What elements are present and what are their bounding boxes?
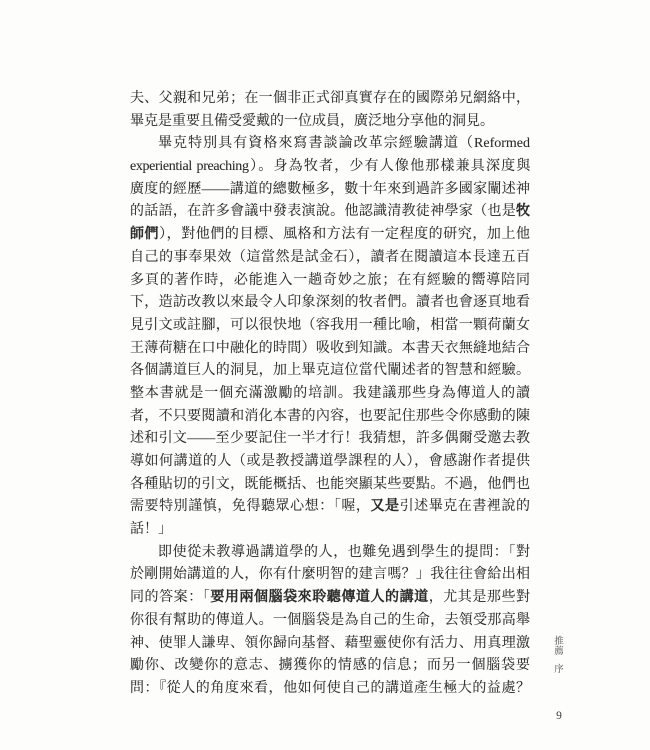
text-line: 見引文或註腳，可以很快地（容我用一種比喻，相當一顆荷蘭女	[130, 315, 530, 338]
text-line: 廣度的經歷——講道的總數極多，數十年來到過許多國家闡述神	[130, 179, 530, 202]
text-line: 於剛開始講道的人，你有什麼明智的建言嗎？」我往往會給出相	[130, 564, 530, 587]
text-line: 師們），對他們的目標、風格和方法有一定程度的研究，加上他	[130, 224, 530, 247]
text-segment: 廣度的經歷——講道的總數極多，數十年來到過許多國家闡述神	[130, 182, 530, 197]
page-number: 9	[552, 710, 566, 722]
margin-label-char: 薦	[554, 647, 564, 657]
text-segment: 導如何講道的人（或是教授講道學課程的人），會感謝作者提供	[130, 454, 530, 469]
text-line: 自己的事奉果效（這當然是試金石），讀者在閱讀這本長達五百	[130, 247, 530, 270]
text-line: 整本書就是一個充滿激勵的培訓。我建議那些身為傳道人的讀	[130, 383, 530, 406]
text-line: 導如何講道的人（或是教授講道學課程的人），會感謝作者提供	[130, 451, 530, 474]
text-segment: 各個講道巨人的洞見，加上畢克這位當代闡述者的智慧和經驗。	[130, 363, 530, 378]
bold-text-segment: 要用兩個腦袋來聆聽傳道人的講道	[210, 590, 428, 605]
text-line: 各種貼切的引文，既能概括、也能突顯某些要點。不過，他們也	[130, 474, 530, 497]
text-block: 夫、父親和兄弟；在一個非正式卻真實存在的國際弟兄網絡中，畢克是重要且備受愛戴的一…	[130, 88, 530, 701]
text-line: 的話語，在許多會議中發表演說。他認識清教徒神學家（也是牧	[130, 201, 530, 224]
text-segment: 即使從未教導過講道學的人，也難免遇到學生的提問：「對	[158, 545, 530, 560]
text-segment: 者，不只要閱讀和消化本書的內容，也要記住那些令你感動的陳	[130, 409, 530, 424]
text-segment: 見引文或註腳，可以很快地（容我用一種比喻，相當一顆荷蘭女	[130, 318, 530, 333]
text-segment: 於剛開始講道的人，你有什麼明智的建言嗎？」我往往會給出相	[130, 567, 530, 582]
text-segment: 整本書就是一個充滿激勵的培訓。我建議那些身為傳道人的讀	[130, 386, 530, 401]
bold-text-segment: 又是	[370, 499, 399, 514]
text-segment: 需要特別謹慎，免得聽眾心想：「喔，	[130, 499, 370, 514]
text-segment: 神、使罪人謙卑、領你歸向基督、藉聖靈使你有活力、用真理激	[130, 636, 530, 651]
text-line: experiential preaching）。身為牧者，少有人像他那樣兼具深度…	[130, 156, 530, 179]
text-line: 畢克特別具有資格來寫書談論改革宗經驗講道（Reformed	[130, 133, 530, 156]
bold-text-segment: 牧	[516, 204, 530, 219]
text-line: 你很有幫助的傳道人。一個腦袋是為自己的生命，去領受那高舉	[130, 610, 530, 633]
text-line: 夫、父親和兄弟；在一個非正式卻真實存在的國際弟兄網絡中，	[130, 88, 530, 111]
text-segment: 引述畢克在書裡說的	[400, 499, 530, 514]
bold-text-segment: 師們	[130, 227, 159, 242]
text-segment: 話！」	[130, 522, 172, 537]
text-segment: 畢克是重要且備受愛戴的一位成員，廣泛地分享他的洞見。	[130, 114, 494, 129]
text-segment: 的話語，在許多會議中發表演說。他認識清教徒神學家（也是	[130, 204, 516, 219]
text-segment: 下，造訪改教以來最令人印象深刻的牧者們。讀者也會逐頁地看	[130, 295, 530, 310]
text-line: 畢克是重要且備受愛戴的一位成員，廣泛地分享他的洞見。	[130, 111, 530, 134]
text-segment: 你很有幫助的傳道人。一個腦袋是為自己的生命，去領受那高舉	[130, 613, 530, 628]
margin-label-char: 序	[554, 665, 564, 675]
text-line: 下，造訪改教以來最令人印象深刻的牧者們。讀者也會逐頁地看	[130, 292, 530, 315]
text-segment: 自己的事奉果效（這當然是試金石），讀者在閱讀這本長達五百	[130, 250, 530, 265]
text-line: 勵你、改變你的意志、擄獲你的情感的信息；而另一個腦袋要	[130, 655, 530, 678]
text-segment: 問：『從人的角度來看，他如何使自己的講道產生極大的益處？	[130, 681, 530, 696]
text-line: 者，不只要閱讀和消化本書的內容，也要記住那些令你感動的陳	[130, 406, 530, 429]
text-segment: ），對他們的目標、風格和方法有一定程度的研究，加上他	[159, 227, 530, 242]
text-segment: 勵你、改變你的意志、擄獲你的情感的信息；而另一個腦袋要	[130, 658, 530, 673]
text-segment: 夫、父親和兄弟；在一個非正式卻真實存在的國際弟兄網絡中，	[130, 91, 530, 106]
text-line: 神、使罪人謙卑、領你歸向基督、藉聖靈使你有活力、用真理激	[130, 633, 530, 656]
text-line: 述和引文——至少要記住一半才行！我猜想，許多偶爾受邀去教	[130, 428, 530, 451]
text-line: 即使從未教導過講道學的人，也難免遇到學生的提問：「對	[130, 542, 530, 565]
text-segment: 同的答案：「	[130, 590, 210, 605]
book-page: 夫、父親和兄弟；在一個非正式卻真實存在的國際弟兄網絡中，畢克是重要且備受愛戴的一…	[0, 0, 650, 750]
text-line: 話！」	[130, 519, 530, 542]
text-segment: 述和引文——至少要記住一半才行！我猜想，許多偶爾受邀去教	[130, 431, 530, 446]
text-line: 多頁的著作時，必能進入一趟奇妙之旅；在有經驗的嚮導陪同	[130, 270, 530, 293]
text-line: 王薄荷糖在口中融化的時間）吸收到知識。本書天衣無縫地結合	[130, 338, 530, 361]
text-segment: 王薄荷糖在口中融化的時間）吸收到知識。本書天衣無縫地結合	[130, 341, 530, 356]
text-segment: experiential preaching）。身為牧者，少有人像他那樣兼具深度…	[130, 159, 530, 174]
text-line: 各個講道巨人的洞見，加上畢克這位當代闡述者的智慧和經驗。	[130, 360, 530, 383]
text-segment: ，尤其是那些對	[429, 590, 530, 605]
text-segment: 多頁的著作時，必能進入一趟奇妙之旅；在有經驗的嚮導陪同	[130, 273, 530, 288]
margin-label-char: 推	[554, 637, 564, 647]
margin-label: 推 薦 序	[552, 637, 566, 675]
text-segment: 畢克特別具有資格來寫書談論改革宗經驗講道（Reformed	[158, 136, 530, 151]
text-segment: 各種貼切的引文，既能概括、也能突顯某些要點。不過，他們也	[130, 477, 530, 492]
text-line: 同的答案：「要用兩個腦袋來聆聽傳道人的講道，尤其是那些對	[130, 587, 530, 610]
text-line: 問：『從人的角度來看，他如何使自己的講道產生極大的益處？	[130, 678, 530, 701]
text-line: 需要特別謹慎，免得聽眾心想：「喔，又是引述畢克在書裡說的	[130, 496, 530, 519]
